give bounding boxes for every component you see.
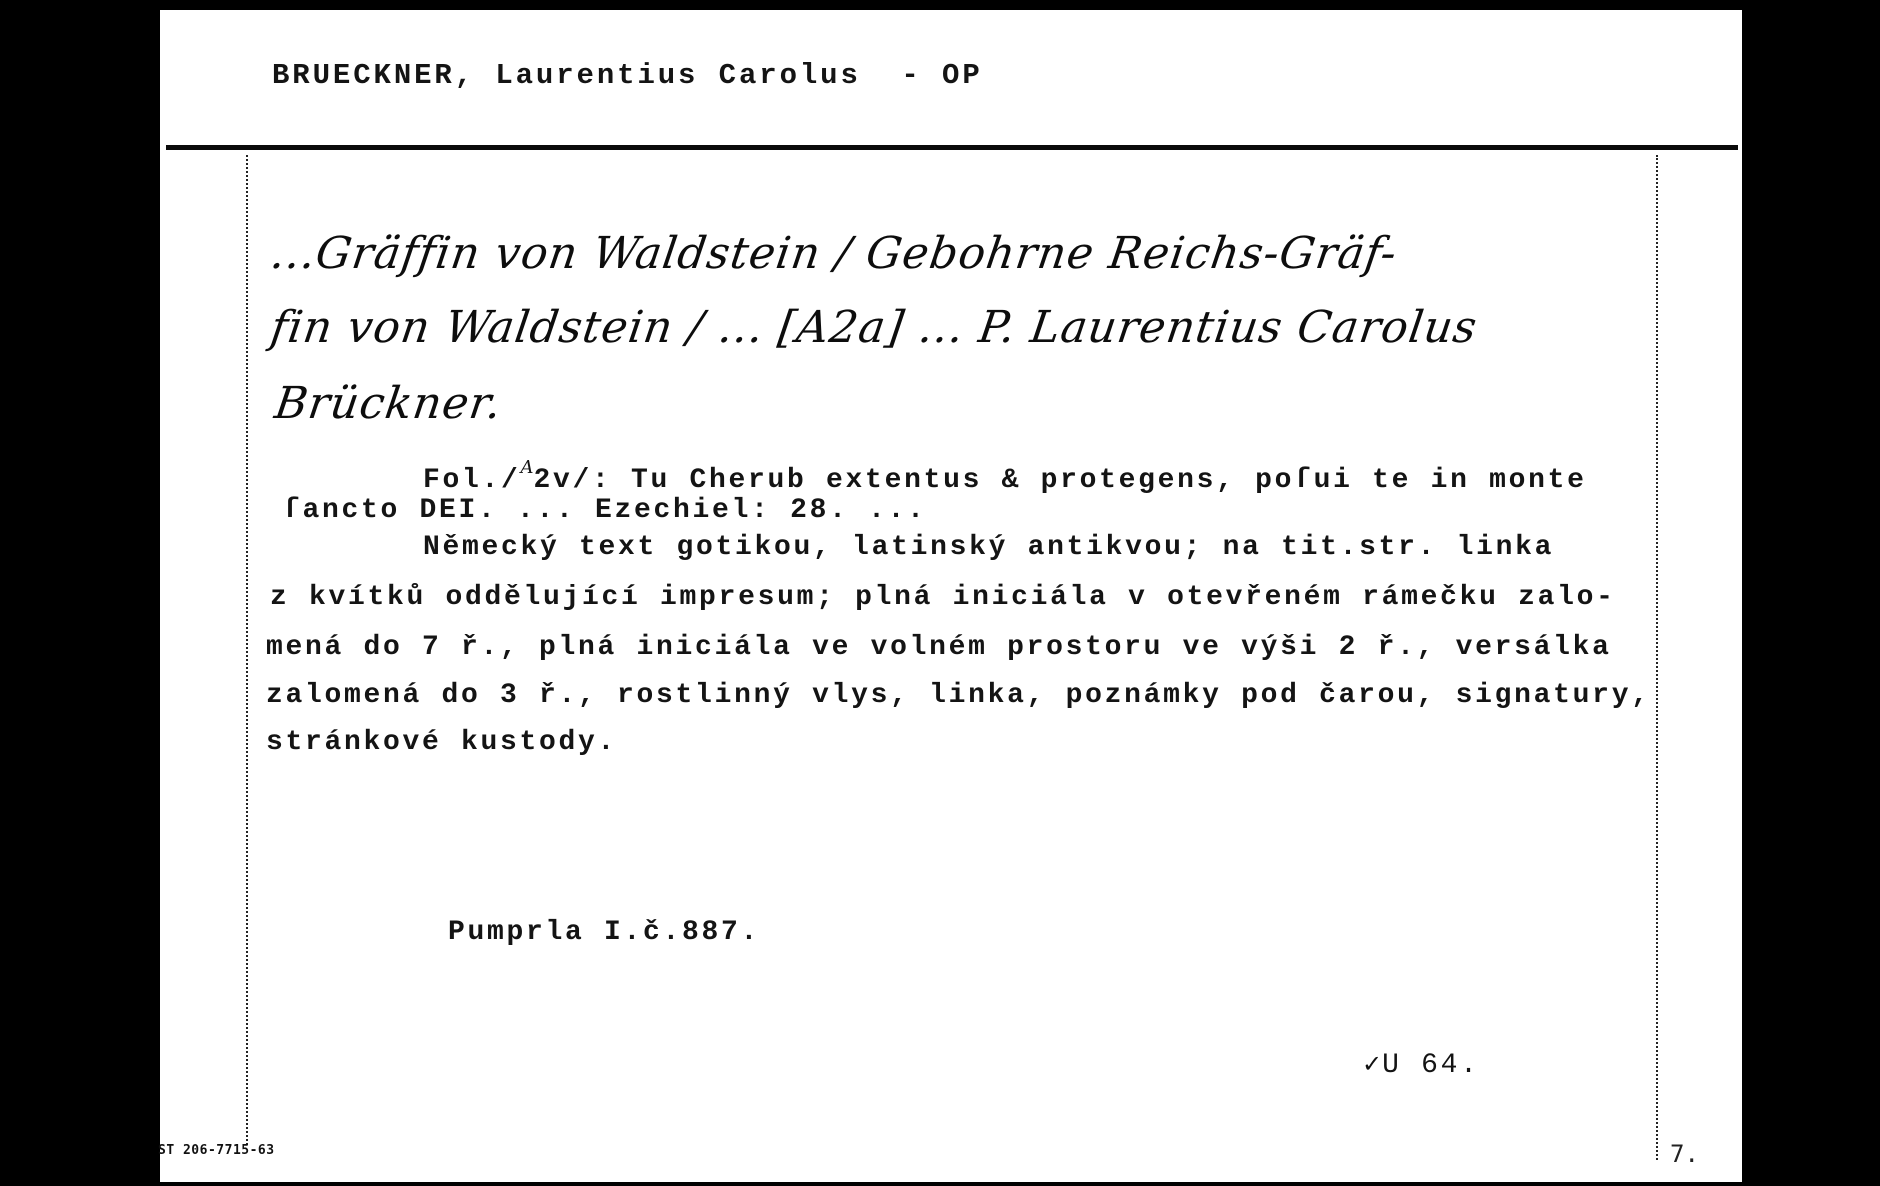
handwritten-line-2: fin von Waldstein / ... [A2a] ... P. Lau… [268,306,1480,350]
folio-line: Fol./A2v/: Tu Cherub extentus & protegen… [423,467,1587,495]
form-code: ST 206-7715-63 [158,1143,275,1158]
card-header: BRUECKNER, Laurentius Carolus - OP [272,61,983,90]
page-number: 7. [1670,1140,1699,1168]
header-separator: - [901,59,921,92]
header-rule [166,145,1738,150]
right-margin-line [1656,155,1658,1160]
handwritten-folio-sign: A [521,457,534,478]
religious-order: OP [942,59,983,92]
description-line-3: mená do 7 ř., plná iniciála ve volném pr… [266,634,1612,662]
shelfmark: ✓U 64. [1362,1050,1480,1080]
check-mark-icon: ✓ [1362,1050,1382,1078]
left-margin-line [246,155,248,1145]
author-name: BRUECKNER, Laurentius Carolus [272,59,861,92]
bibliographic-reference: Pumprla I.č.887. [448,919,760,947]
catalog-card: BRUECKNER, Laurentius Carolus - OP ...Gr… [160,10,1742,1182]
handwritten-line-3: Brückner. [272,382,505,426]
description-line-2: z kvítků oddělující impresum; plná inici… [270,584,1616,612]
folio-quote: 2v/: Tu Cherub extentus & protegens, poſ… [534,465,1587,496]
description-line-4: zalomená do 3 ř., rostlinný vlys, linka,… [266,682,1651,710]
folio-quote-continued: ſancto DEI. ... Ezechiel: 28. ... [283,497,927,525]
shelfmark-value: U 64. [1382,1050,1480,1081]
description-line-1: Německý text gotikou, latinský antikvou;… [423,534,1554,562]
folio-prefix: Fol./ [423,465,521,496]
description-line-5: stránkové kustody. [266,729,617,757]
handwritten-line-1: ...Gräffin von Waldstein / Gebohrne Reic… [268,232,1400,276]
